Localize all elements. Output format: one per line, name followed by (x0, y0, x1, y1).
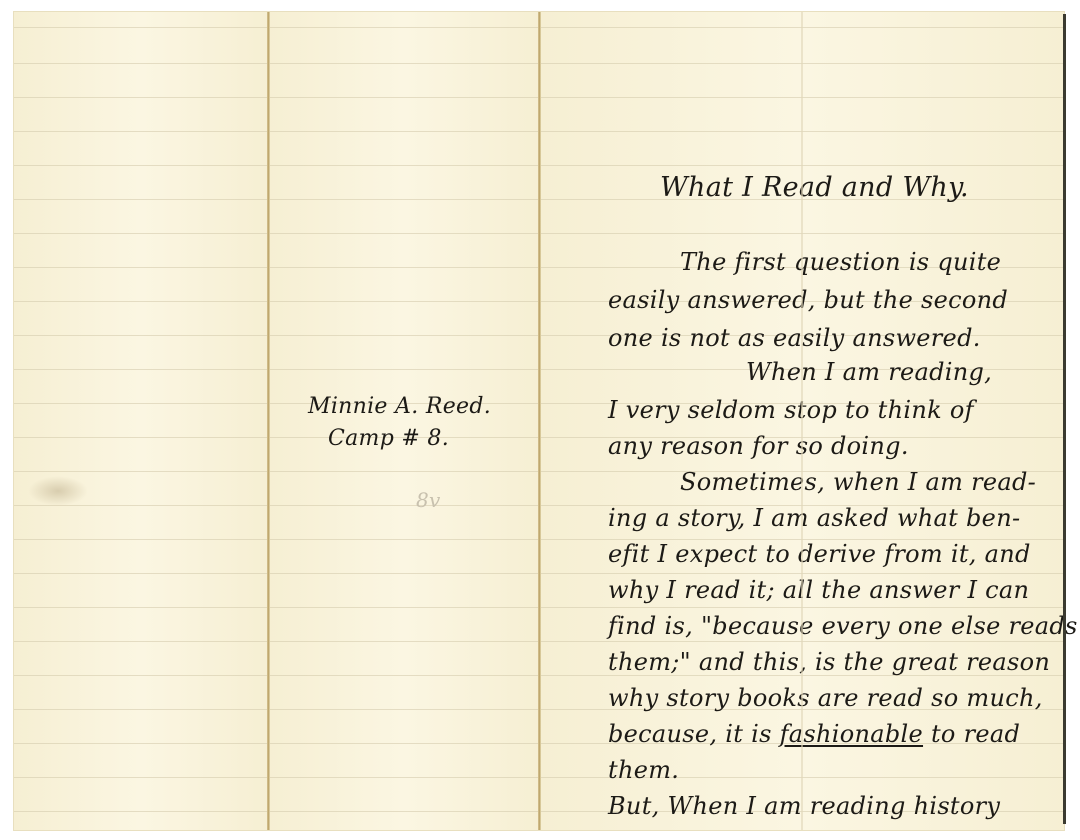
author-name: Minnie A. Reed. (308, 394, 491, 419)
essay-line: The first question is quite (680, 248, 1001, 276)
essay-line: I very seldom stop to think of (608, 396, 974, 424)
essay-line-end: to read (923, 720, 1020, 748)
essay-title: What I Read and Why. (660, 172, 969, 203)
fold-crease (267, 12, 270, 830)
essay-line: find is, "because every one else reads (608, 612, 1078, 640)
left-blank-panel (14, 12, 268, 830)
paper-stain (28, 476, 88, 506)
paper-edge-shadow (1063, 14, 1066, 824)
faint-fold (801, 12, 803, 830)
document-scan: Minnie A. Reed. Camp # 8. 8v What I Read… (0, 0, 1080, 840)
fold-crease (538, 12, 541, 830)
pencil-mark: 8v (416, 488, 441, 512)
essay-line-start: because, it is (608, 720, 780, 748)
essay-line: why story books are read so much, (608, 684, 1043, 712)
camp-number: Camp # 8. (328, 426, 449, 451)
essay-line: why I read it; all the answer I can (608, 576, 1029, 604)
essay-line: one is not as easily answered. (608, 324, 981, 352)
essay-line: easily answered, but the second (608, 286, 1008, 314)
essay-line: any reason for so doing. (608, 432, 909, 460)
paper-sheet: Minnie A. Reed. Camp # 8. 8v What I Read… (14, 12, 1064, 830)
essay-line: But, When I am reading history (608, 792, 1000, 820)
essay-line: Sometimes, when I am read- (680, 468, 1036, 496)
essay-line: because, it is fashionable to read (608, 720, 1020, 748)
essay-line: When I am reading, (746, 358, 992, 386)
essay-line: efit I expect to derive from it, and (608, 540, 1031, 568)
essay-line: ing a story, I am asked what ben- (608, 504, 1020, 532)
middle-panel: Minnie A. Reed. Camp # 8. 8v (268, 12, 540, 830)
essay-line: them;" and this, is the great reason (608, 648, 1050, 676)
essay-line: them. (608, 756, 679, 784)
